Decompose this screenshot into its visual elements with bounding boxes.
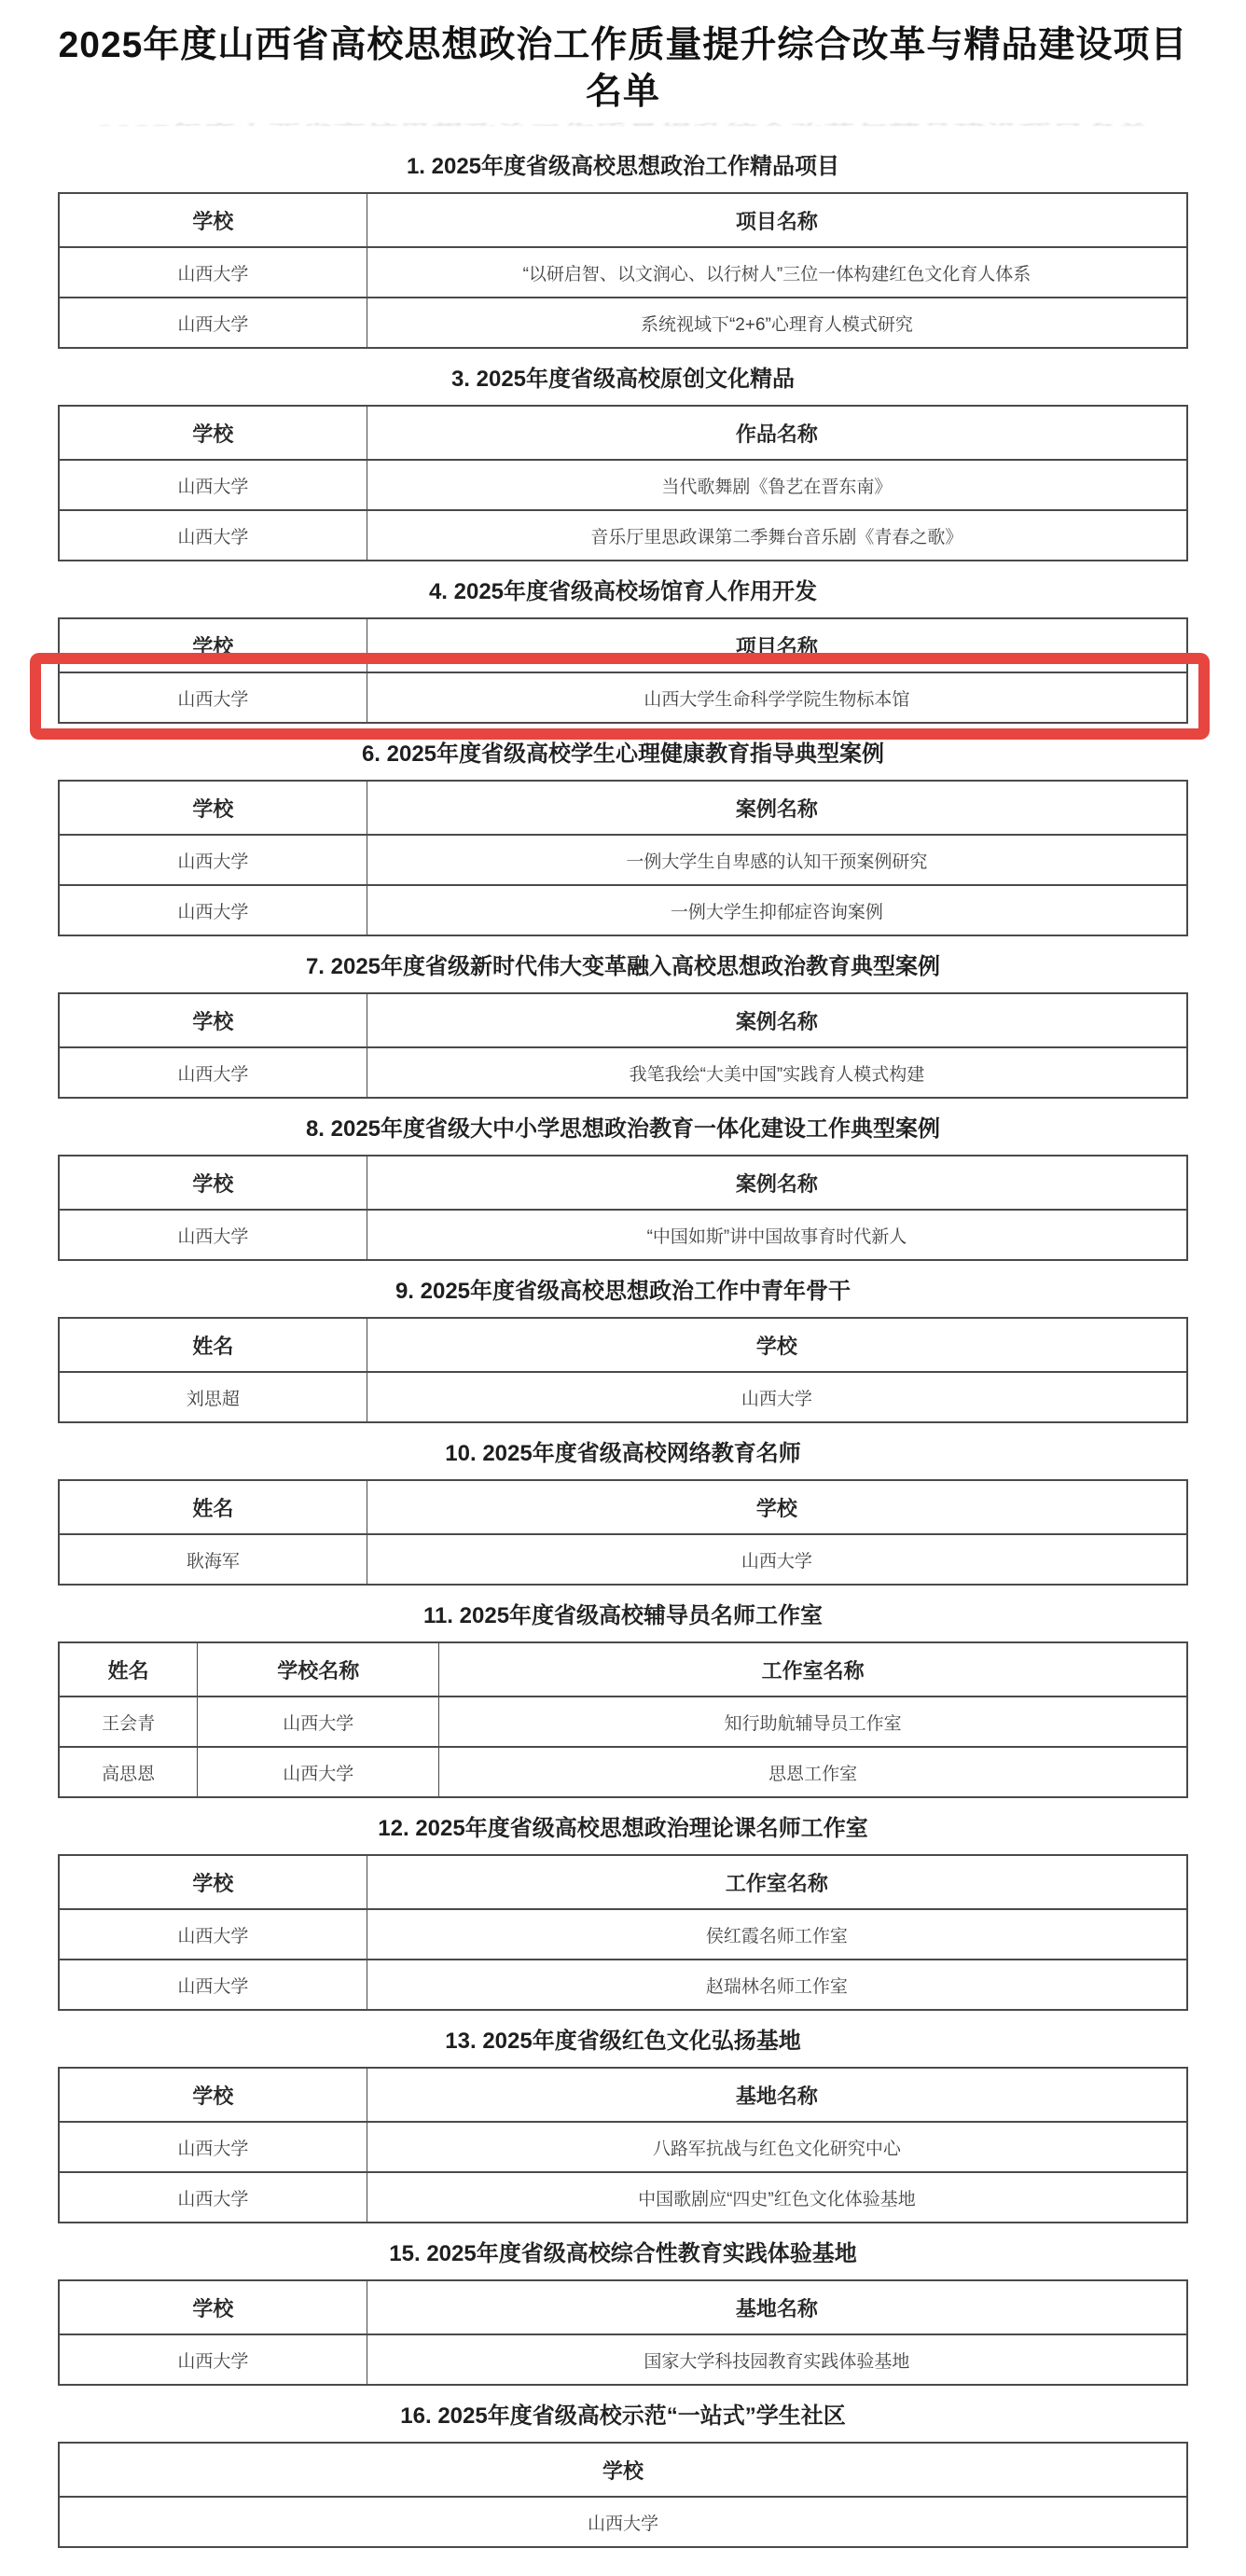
table-cell: 侯红霞名师工作室	[367, 1909, 1187, 1960]
table-cell: 山西大学	[59, 2172, 367, 2223]
table-row: 山西大学当代歌舞剧《鲁艺在晋东南》	[59, 460, 1187, 510]
table-cell: 赵瑞林名师工作室	[367, 1960, 1187, 2010]
table-wrap: 学校基地名称山西大学八路军抗战与红色文化研究中心山西大学中国歌剧应“四史”红色文…	[58, 2067, 1188, 2223]
table-row: 山西大学国家大学科技园教育实践体验基地	[59, 2334, 1187, 2385]
table-header-cell: 学校	[59, 2280, 367, 2334]
table-row: 山西大学侯红霞名师工作室	[59, 1909, 1187, 1960]
table-header-row: 学校	[59, 2443, 1187, 2497]
table-wrap: 学校基地名称山西大学国家大学科技园教育实践体验基地	[58, 2279, 1188, 2386]
table-row: 王会青山西大学知行助航辅导员工作室	[59, 1697, 1187, 1747]
section-10: 12. 2025年度省级高校思想政治理论课名师工作室学校工作室名称山西大学侯红霞…	[58, 1815, 1188, 2011]
sections-container: 1. 2025年度省级高校思想政治工作精品项目学校项目名称山西大学“以研启智、以…	[58, 153, 1188, 2548]
table-header-row: 学校作品名称	[59, 406, 1187, 460]
section-table: 学校案例名称山西大学“中国如斯”讲中国故事育时代新人	[58, 1155, 1188, 1261]
table-row: 山西大学系统视域下“2+6”心理育人模式研究	[59, 298, 1187, 348]
section-6: 8. 2025年度省级大中小学思想政治教育一体化建设工作典型案例学校案例名称山西…	[58, 1115, 1188, 1261]
table-header-cell: 基地名称	[367, 2280, 1187, 2334]
table-row: 山西大学音乐厅里思政课第二季舞台音乐剧《青春之歌》	[59, 510, 1187, 561]
table-header-cell: 工作室名称	[439, 1642, 1187, 1697]
table-cell: 山西大学	[59, 298, 367, 348]
table-cell: 山西大学	[59, 885, 367, 935]
section-table: 学校工作室名称山西大学侯红霞名师工作室山西大学赵瑞林名师工作室	[58, 1854, 1188, 2011]
table-cell: 山西大学	[198, 1747, 439, 1797]
section-heading: 11. 2025年度省级高校辅导员名师工作室	[58, 1602, 1188, 1630]
section-table: 学校山西大学	[58, 2442, 1188, 2548]
table-cell: 山西大学	[367, 1534, 1187, 1585]
section-8: 10. 2025年度省级高校网络教育名师姓名学校耿海军山西大学	[58, 1440, 1188, 1586]
table-row: 山西大学	[59, 2497, 1187, 2547]
section-heading: 8. 2025年度省级大中小学思想政治教育一体化建设工作典型案例	[58, 1115, 1188, 1143]
table-header-cell: 学校	[59, 2068, 367, 2122]
section-2: 3. 2025年度省级高校原创文化精品学校作品名称山西大学当代歌舞剧《鲁艺在晋东…	[58, 366, 1188, 561]
section-9: 11. 2025年度省级高校辅导员名师工作室姓名学校名称工作室名称王会青山西大学…	[58, 1602, 1188, 1798]
table-cell: “以研启智、以文润心、以行树人”三位一体构建红色文化育人体系	[367, 247, 1187, 298]
table-header-cell: 学校	[59, 1156, 367, 1210]
table-header-cell: 学校	[59, 781, 367, 835]
table-row: 高思恩山西大学思恩工作室	[59, 1747, 1187, 1797]
table-row: 山西大学赵瑞林名师工作室	[59, 1960, 1187, 2010]
section-table: 姓名学校名称工作室名称王会青山西大学知行助航辅导员工作室高思恩山西大学思恩工作室	[58, 1641, 1188, 1798]
section-heading: 3. 2025年度省级高校原创文化精品	[58, 366, 1188, 394]
table-cell: 山西大学生命科学学院生物标本馆	[367, 672, 1187, 723]
table-header-cell: 姓名	[59, 1480, 367, 1534]
table-wrap: 学校工作室名称山西大学侯红霞名师工作室山西大学赵瑞林名师工作室	[58, 1854, 1188, 2011]
table-wrap: 学校案例名称山西大学一例大学生自卑感的认知干预案例研究山西大学一例大学生抑郁症咨…	[58, 780, 1188, 936]
section-1: 1. 2025年度省级高校思想政治工作精品项目学校项目名称山西大学“以研启智、以…	[58, 153, 1188, 349]
section-heading: 7. 2025年度省级新时代伟大变革融入高校思想政治教育典型案例	[58, 953, 1188, 981]
section-13: 16. 2025年度省级高校示范“一站式”学生社区学校山西大学	[58, 2403, 1188, 2548]
table-wrap: 学校作品名称山西大学当代歌舞剧《鲁艺在晋东南》山西大学音乐厅里思政课第二季舞台音…	[58, 405, 1188, 561]
table-header-cell: 案例名称	[367, 1156, 1187, 1210]
table-wrap: 姓名学校名称工作室名称王会青山西大学知行助航辅导员工作室高思恩山西大学思恩工作室	[58, 1641, 1188, 1798]
table-header-row: 学校基地名称	[59, 2280, 1187, 2334]
table-header-row: 姓名学校	[59, 1318, 1187, 1372]
table-cell: 山西大学	[59, 1210, 367, 1260]
table-cell: 山西大学	[59, 672, 367, 723]
section-heading: 4. 2025年度省级高校场馆育人作用开发	[58, 578, 1188, 606]
section-heading: 15. 2025年度省级高校综合性教育实践体验基地	[58, 2240, 1188, 2268]
table-header-cell: 学校	[367, 1480, 1187, 1534]
section-table: 学校案例名称山西大学我笔我绘“大美中国”实践育人模式构建	[58, 992, 1188, 1099]
table-wrap: 姓名学校耿海军山西大学	[58, 1479, 1188, 1586]
section-table: 姓名学校耿海军山西大学	[58, 1479, 1188, 1586]
table-wrap: 学校山西大学	[58, 2442, 1188, 2548]
table-row: 山西大学“中国如斯”讲中国故事育时代新人	[59, 1210, 1187, 1260]
table-header-row: 学校案例名称	[59, 993, 1187, 1047]
table-cell: 当代歌舞剧《鲁艺在晋东南》	[367, 460, 1187, 510]
table-row: 山西大学一例大学生自卑感的认知干预案例研究	[59, 835, 1187, 885]
table-wrap: 学校项目名称山西大学“以研启智、以文润心、以行树人”三位一体构建红色文化育人体系…	[58, 192, 1188, 349]
table-cell: 刘思超	[59, 1372, 367, 1422]
table-header-cell: 学校名称	[198, 1642, 439, 1697]
section-5: 7. 2025年度省级新时代伟大变革融入高校思想政治教育典型案例学校案例名称山西…	[58, 953, 1188, 1099]
table-header-cell: 学校	[59, 618, 367, 672]
table-cell: 一例大学生自卑感的认知干预案例研究	[367, 835, 1187, 885]
table-header-cell: 工作室名称	[367, 1855, 1187, 1909]
table-header-cell: 姓名	[59, 1642, 198, 1697]
section-table: 学校项目名称山西大学“以研启智、以文润心、以行树人”三位一体构建红色文化育人体系…	[58, 192, 1188, 349]
section-12: 15. 2025年度省级高校综合性教育实践体验基地学校基地名称山西大学国家大学科…	[58, 2240, 1188, 2386]
table-header-cell: 姓名	[59, 1318, 367, 1372]
table-cell: 我笔我绘“大美中国”实践育人模式构建	[367, 1047, 1187, 1098]
table-header-cell: 学校	[59, 406, 367, 460]
table-cell: 山西大学	[59, 460, 367, 510]
table-row: 山西大学中国歌剧应“四史”红色文化体验基地	[59, 2172, 1187, 2223]
table-cell: 高思恩	[59, 1747, 198, 1797]
section-11: 13. 2025年度省级红色文化弘扬基地学校基地名称山西大学八路军抗战与红色文化…	[58, 2028, 1188, 2223]
table-row: 山西大学我笔我绘“大美中国”实践育人模式构建	[59, 1047, 1187, 1098]
table-cell: 思恩工作室	[439, 1747, 1187, 1797]
section-table: 姓名学校刘思超山西大学	[58, 1317, 1188, 1423]
document-body: 2025年度山西省高校思想政治工作质量提升综合改革与精品建设项目名单 2025年…	[0, 0, 1246, 2576]
table-header-row: 学校案例名称	[59, 1156, 1187, 1210]
table-cell: 中国歌剧应“四史”红色文化体验基地	[367, 2172, 1187, 2223]
table-row: 耿海军山西大学	[59, 1534, 1187, 1585]
table-header-row: 姓名学校名称工作室名称	[59, 1642, 1187, 1697]
table-header-cell: 作品名称	[367, 406, 1187, 460]
table-cell: 王会青	[59, 1697, 198, 1747]
table-header-cell: 学校	[59, 1855, 367, 1909]
table-header-cell: 项目名称	[367, 618, 1187, 672]
section-4: 6. 2025年度省级高校学生心理健康教育指导典型案例学校案例名称山西大学一例大…	[58, 741, 1188, 936]
table-header-row: 学校项目名称	[59, 618, 1187, 672]
table-header-row: 学校基地名称	[59, 2068, 1187, 2122]
section-3: 4. 2025年度省级高校场馆育人作用开发学校项目名称山西大学山西大学生命科学学…	[58, 578, 1188, 724]
section-heading: 9. 2025年度省级高校思想政治工作中青年骨干	[58, 1278, 1188, 1306]
table-header-cell: 案例名称	[367, 781, 1187, 835]
document-page: { "page": { "title": "2025年度山西省高校思想政治工作质…	[0, 0, 1246, 2576]
table-cell: 山西大学	[59, 1960, 367, 2010]
section-table: 学校作品名称山西大学当代歌舞剧《鲁艺在晋东南》山西大学音乐厅里思政课第二季舞台音…	[58, 405, 1188, 561]
table-header-row: 姓名学校	[59, 1480, 1187, 1534]
table-header-cell: 学校	[59, 2443, 1187, 2497]
table-cell: 山西大学	[59, 835, 367, 885]
highlighted-table-row: 山西大学山西大学生命科学学院生物标本馆	[59, 672, 1187, 723]
table-cell: 山西大学	[59, 2122, 367, 2172]
section-heading: 12. 2025年度省级高校思想政治理论课名师工作室	[58, 1815, 1188, 1843]
section-table: 学校项目名称山西大学山西大学生命科学学院生物标本馆	[58, 617, 1188, 724]
table-row: 山西大学“以研启智、以文润心、以行树人”三位一体构建红色文化育人体系	[59, 247, 1187, 298]
table-cell: 系统视域下“2+6”心理育人模式研究	[367, 298, 1187, 348]
table-wrap: 学校项目名称山西大学山西大学生命科学学院生物标本馆	[58, 617, 1188, 724]
table-cell: 山西大学	[59, 1047, 367, 1098]
table-header-row: 学校案例名称	[59, 781, 1187, 835]
section-heading: 6. 2025年度省级高校学生心理健康教育指导典型案例	[58, 741, 1188, 769]
section-heading: 10. 2025年度省级高校网络教育名师	[58, 1440, 1188, 1468]
table-cell: 耿海军	[59, 1534, 367, 1585]
table-cell: 国家大学科技园教育实践体验基地	[367, 2334, 1187, 2385]
table-cell: 一例大学生抑郁症咨询案例	[367, 885, 1187, 935]
table-cell: 知行助航辅导员工作室	[439, 1697, 1187, 1747]
table-header-cell: 学校	[367, 1318, 1187, 1372]
section-heading: 16. 2025年度省级高校示范“一站式”学生社区	[58, 2403, 1188, 2431]
section-7: 9. 2025年度省级高校思想政治工作中青年骨干姓名学校刘思超山西大学	[58, 1278, 1188, 1423]
table-header-cell: 案例名称	[367, 993, 1187, 1047]
table-header-cell: 学校	[59, 193, 367, 247]
table-row: 刘思超山西大学	[59, 1372, 1187, 1422]
table-cell: 山西大学	[59, 1909, 367, 1960]
table-cell: 山西大学	[367, 1372, 1187, 1422]
table-row: 山西大学一例大学生抑郁症咨询案例	[59, 885, 1187, 935]
section-table: 学校基地名称山西大学国家大学科技园教育实践体验基地	[58, 2279, 1188, 2386]
section-heading: 13. 2025年度省级红色文化弘扬基地	[58, 2028, 1188, 2056]
section-table: 学校基地名称山西大学八路军抗战与红色文化研究中心山西大学中国歌剧应“四史”红色文…	[58, 2067, 1188, 2223]
table-wrap: 姓名学校刘思超山西大学	[58, 1317, 1188, 1423]
table-header-cell: 项目名称	[367, 193, 1187, 247]
table-header-row: 学校项目名称	[59, 193, 1187, 247]
table-cell: 山西大学	[59, 247, 367, 298]
table-cell: 八路军抗战与红色文化研究中心	[367, 2122, 1187, 2172]
title-ghost-artifact: 2025年度山西省高校思想政治工作质量提升综合改革与精品建设项目名单	[58, 119, 1188, 126]
table-header-row: 学校工作室名称	[59, 1855, 1187, 1909]
table-header-cell: 学校	[59, 993, 367, 1047]
section-heading: 1. 2025年度省级高校思想政治工作精品项目	[58, 153, 1188, 181]
table-cell: 山西大学	[59, 510, 367, 561]
table-cell: 音乐厅里思政课第二季舞台音乐剧《青春之歌》	[367, 510, 1187, 561]
table-cell: 山西大学	[59, 2497, 1187, 2547]
table-row: 山西大学八路军抗战与红色文化研究中心	[59, 2122, 1187, 2172]
table-header-cell: 基地名称	[367, 2068, 1187, 2122]
table-cell: “中国如斯”讲中国故事育时代新人	[367, 1210, 1187, 1260]
table-cell: 山西大学	[59, 2334, 367, 2385]
section-table: 学校案例名称山西大学一例大学生自卑感的认知干预案例研究山西大学一例大学生抑郁症咨…	[58, 780, 1188, 936]
table-wrap: 学校案例名称山西大学我笔我绘“大美中国”实践育人模式构建	[58, 992, 1188, 1099]
table-cell: 山西大学	[198, 1697, 439, 1747]
page-title: 2025年度山西省高校思想政治工作质量提升综合改革与精品建设项目名单	[58, 22, 1188, 116]
table-wrap: 学校案例名称山西大学“中国如斯”讲中国故事育时代新人	[58, 1155, 1188, 1261]
